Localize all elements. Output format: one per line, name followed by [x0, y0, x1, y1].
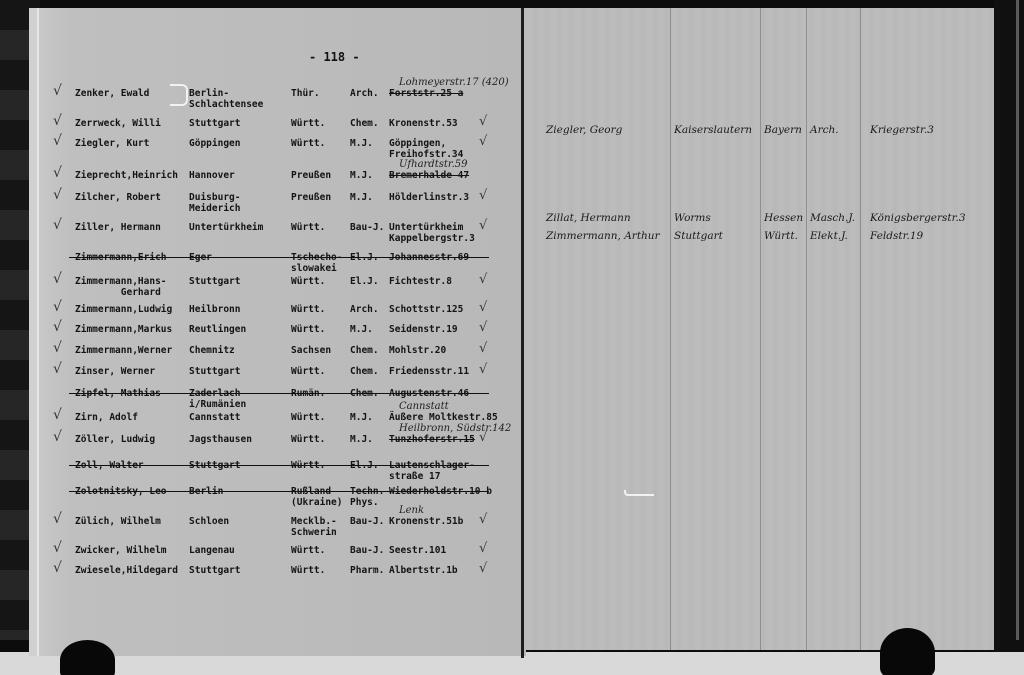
state: Rußland (Ukraine)	[291, 486, 342, 508]
address: Kronenstr.53	[389, 118, 458, 129]
person-name: Zerrweck, Willi	[75, 118, 161, 129]
tick-mark: √	[479, 563, 487, 574]
state: Württ.	[291, 434, 325, 445]
department: Bau-J.	[350, 545, 384, 556]
thumb-right	[880, 628, 935, 675]
address: Lautenschlager- straße 17	[389, 460, 475, 482]
address: Seidenstr.19	[389, 324, 458, 335]
department: Chem.	[350, 366, 379, 377]
address: Hölderlinstr.3	[389, 192, 469, 203]
state: Württ.	[291, 304, 325, 315]
book-cover-right	[994, 0, 1024, 652]
check-mark: √	[53, 364, 62, 375]
state: Thür.	[291, 88, 320, 99]
check-mark: √	[53, 220, 62, 231]
person-name: Zimmermann,Hans- Gerhard	[75, 276, 167, 298]
birthplace: Schloen	[189, 516, 229, 527]
person-name: Zimmermann,Markus	[75, 324, 172, 335]
strikethrough-line	[69, 491, 489, 492]
person-name: Zimmermann,Ludwig	[75, 304, 172, 315]
handwritten-city: Kaiserslautern	[674, 124, 752, 136]
department: Techn. Phys.	[350, 486, 384, 508]
left-page: - 118 - √Zenker, EwaldBerlin- Schlachten…	[36, 8, 526, 656]
white-bracket-mark	[170, 84, 188, 106]
department: Pharm.	[350, 565, 384, 576]
right-page: Ziegler, GeorgKaiserslauternBayernArch.K…	[524, 8, 994, 650]
register-row: √Zimmermann,Hans- GerhardStuttgartWürtt.…	[39, 276, 526, 306]
state: Württ.	[291, 565, 325, 576]
handwritten-address: Königsbergerstr.3	[870, 212, 966, 224]
state: Württ.	[291, 324, 325, 335]
address: Bremerhalde 47	[389, 170, 469, 181]
person-name: Ziegler, Kurt	[75, 138, 149, 149]
address: Kronenstr.51b	[389, 516, 463, 527]
person-name: Zenker, Ewald	[75, 88, 149, 99]
birthplace: Chemnitz	[189, 345, 235, 356]
state: Mecklb.- Schwerin	[291, 516, 337, 538]
birthplace: Hannover	[189, 170, 235, 181]
handwritten-address: Kriegerstr.3	[870, 124, 934, 136]
state: Preußen	[291, 170, 331, 181]
birthplace: Stuttgart	[189, 565, 240, 576]
column-rule	[760, 8, 761, 650]
handwritten-annotation: Lohmeyerstr.17 (420)	[399, 77, 509, 88]
strikethrough-line	[69, 393, 489, 394]
handwritten-address: Feldstr.19	[870, 230, 923, 242]
person-name: Zimmermann,Werner	[75, 345, 172, 356]
department: El.J.	[350, 276, 379, 287]
register-row: √Ziller, HermannUntertürkheimWürtt.Bau-J…	[39, 222, 526, 252]
tick-mark: √	[479, 190, 487, 201]
person-name: Zöller, Ludwig	[75, 434, 155, 445]
person-name: Zwiesele,Hildegard	[75, 565, 178, 576]
state: Württ.	[291, 412, 325, 423]
tick-mark: √	[479, 116, 487, 127]
check-mark: √	[53, 563, 62, 574]
white-pen-mark	[624, 490, 654, 496]
birthplace: Berlin- Schlachtensee	[189, 88, 263, 110]
check-mark: √	[53, 168, 62, 179]
handwritten-city: Stuttgart	[674, 230, 723, 242]
tick-mark: √	[479, 364, 487, 375]
address: Mohlstr.20	[389, 345, 446, 356]
department: Chem.	[350, 118, 379, 129]
tick-mark: √	[479, 543, 487, 554]
department: Bau-J.	[350, 222, 384, 233]
check-mark: √	[53, 322, 62, 333]
page-edge	[29, 8, 37, 656]
person-name: Zwicker, Wilhelm	[75, 545, 167, 556]
state: Württ.	[291, 222, 325, 233]
department: M.J.	[350, 324, 373, 335]
check-mark: √	[53, 410, 62, 421]
handwritten-state: Bayern	[764, 124, 802, 136]
state: Tschecho- slowakei	[291, 252, 342, 274]
department: Arch.	[350, 304, 379, 315]
address: Äußere Moltkestr.85	[389, 412, 498, 423]
department: Bau-J.	[350, 516, 384, 527]
handwritten-name: Zillat, Hermann	[546, 212, 631, 224]
check-mark: √	[53, 86, 62, 97]
address: Tunzhoferstr.15	[389, 434, 475, 445]
handwritten-dept: Masch.J.	[810, 212, 855, 224]
address: Friedensstr.11	[389, 366, 469, 377]
check-mark: √	[53, 274, 62, 285]
handwritten-dept: Arch.	[810, 124, 839, 136]
birthplace: Duisburg- Meiderich	[189, 192, 240, 214]
handwritten-city: Worms	[674, 212, 711, 224]
birthplace: Untertürkheim	[189, 222, 263, 233]
address: Schottstr.125	[389, 304, 463, 315]
address: Albertstr.1b	[389, 565, 458, 576]
person-name: Zieprecht,Heinrich	[75, 170, 178, 181]
check-mark: √	[53, 302, 62, 313]
tick-mark: √	[479, 274, 487, 285]
state: Württ.	[291, 276, 325, 287]
department: M.J.	[350, 412, 373, 423]
birthplace: Heilbronn	[189, 304, 240, 315]
address: Forststr.25 a	[389, 88, 463, 99]
register-row: Zolotnitsky, LeoBerlinRußland (Ukraine)T…	[39, 486, 526, 516]
person-name: Zilcher, Robert	[75, 192, 161, 203]
handwritten-annotation: Lenk	[399, 505, 424, 516]
birthplace: Jagsthausen	[189, 434, 252, 445]
state: Sachsen	[291, 345, 331, 356]
state: Württ.	[291, 366, 325, 377]
tick-mark: √	[479, 432, 487, 443]
birthplace: Zaderlach i/Rumänien	[189, 388, 246, 410]
tick-mark: √	[479, 302, 487, 313]
check-mark: √	[53, 343, 62, 354]
department: M.J.	[350, 138, 373, 149]
register-row: √Zwiesele,HildegardStuttgartWürtt.Pharm.…	[39, 565, 526, 595]
birthplace: Reutlingen	[189, 324, 246, 335]
handwritten-dept: Elekt.J.	[810, 230, 848, 242]
strikethrough-line	[69, 257, 489, 258]
page-number: - 118 -	[309, 50, 360, 64]
check-mark: √	[53, 116, 62, 127]
address: Seestr.101	[389, 545, 446, 556]
state: Württ.	[291, 138, 325, 149]
birthplace: Göppingen	[189, 138, 240, 149]
check-mark: √	[53, 543, 62, 554]
book-edge-line	[1016, 0, 1019, 640]
handwritten-state: Württ.	[764, 230, 798, 242]
department: Chem.	[350, 345, 379, 356]
check-mark: √	[53, 514, 62, 525]
tick-mark: √	[479, 220, 487, 231]
state: Württ.	[291, 545, 325, 556]
birthplace: Cannstatt	[189, 412, 240, 423]
handwritten-name: Ziegler, Georg	[546, 124, 622, 136]
check-mark: √	[53, 190, 62, 201]
address: Untertürkheim Kappelbergstr.3	[389, 222, 475, 244]
check-mark: √	[53, 432, 62, 443]
birthplace: Stuttgart	[189, 118, 240, 129]
handwritten-annotation: Cannstatt	[399, 401, 449, 412]
handwritten-state: Hessen	[764, 212, 803, 224]
column-rule	[806, 8, 807, 650]
department: M.J.	[350, 170, 373, 181]
person-name: Zülich, Wilhelm	[75, 516, 161, 527]
address: Fichtestr.8	[389, 276, 452, 287]
department: M.J.	[350, 434, 373, 445]
check-mark: √	[53, 136, 62, 147]
register-row: √Zilcher, RobertDuisburg- MeiderichPreuß…	[39, 192, 526, 222]
tick-mark: √	[479, 136, 487, 147]
register-row: √Zülich, WilhelmSchloenMecklb.- Schwerin…	[39, 516, 526, 546]
birthplace: Langenau	[189, 545, 235, 556]
handwritten-annotation: Ufhardtstr.59	[399, 159, 467, 170]
tick-mark: √	[479, 343, 487, 354]
person-name: Zirn, Adolf	[75, 412, 138, 423]
tick-mark: √	[479, 514, 487, 525]
birthplace: Stuttgart	[189, 366, 240, 377]
tick-mark: √	[479, 322, 487, 333]
handwritten-name: Zimmermann, Arthur	[546, 230, 660, 242]
person-name: Ziller, Hermann	[75, 222, 161, 233]
state: Württ.	[291, 118, 325, 129]
birthplace: Stuttgart	[189, 276, 240, 287]
strikethrough-line	[69, 465, 489, 466]
person-name: Zinser, Werner	[75, 366, 155, 377]
column-rule	[670, 8, 671, 650]
register-row: √Zenker, EwaldBerlin- SchlachtenseeThür.…	[39, 88, 526, 118]
column-rule	[860, 8, 861, 650]
address: Göppingen, Freihofstr.34	[389, 138, 463, 160]
thumb-left	[60, 640, 115, 675]
department: Arch.	[350, 88, 379, 99]
handwritten-annotation: Heilbronn, Südstr.142	[399, 423, 511, 434]
department: M.J.	[350, 192, 373, 203]
state: Preußen	[291, 192, 331, 203]
